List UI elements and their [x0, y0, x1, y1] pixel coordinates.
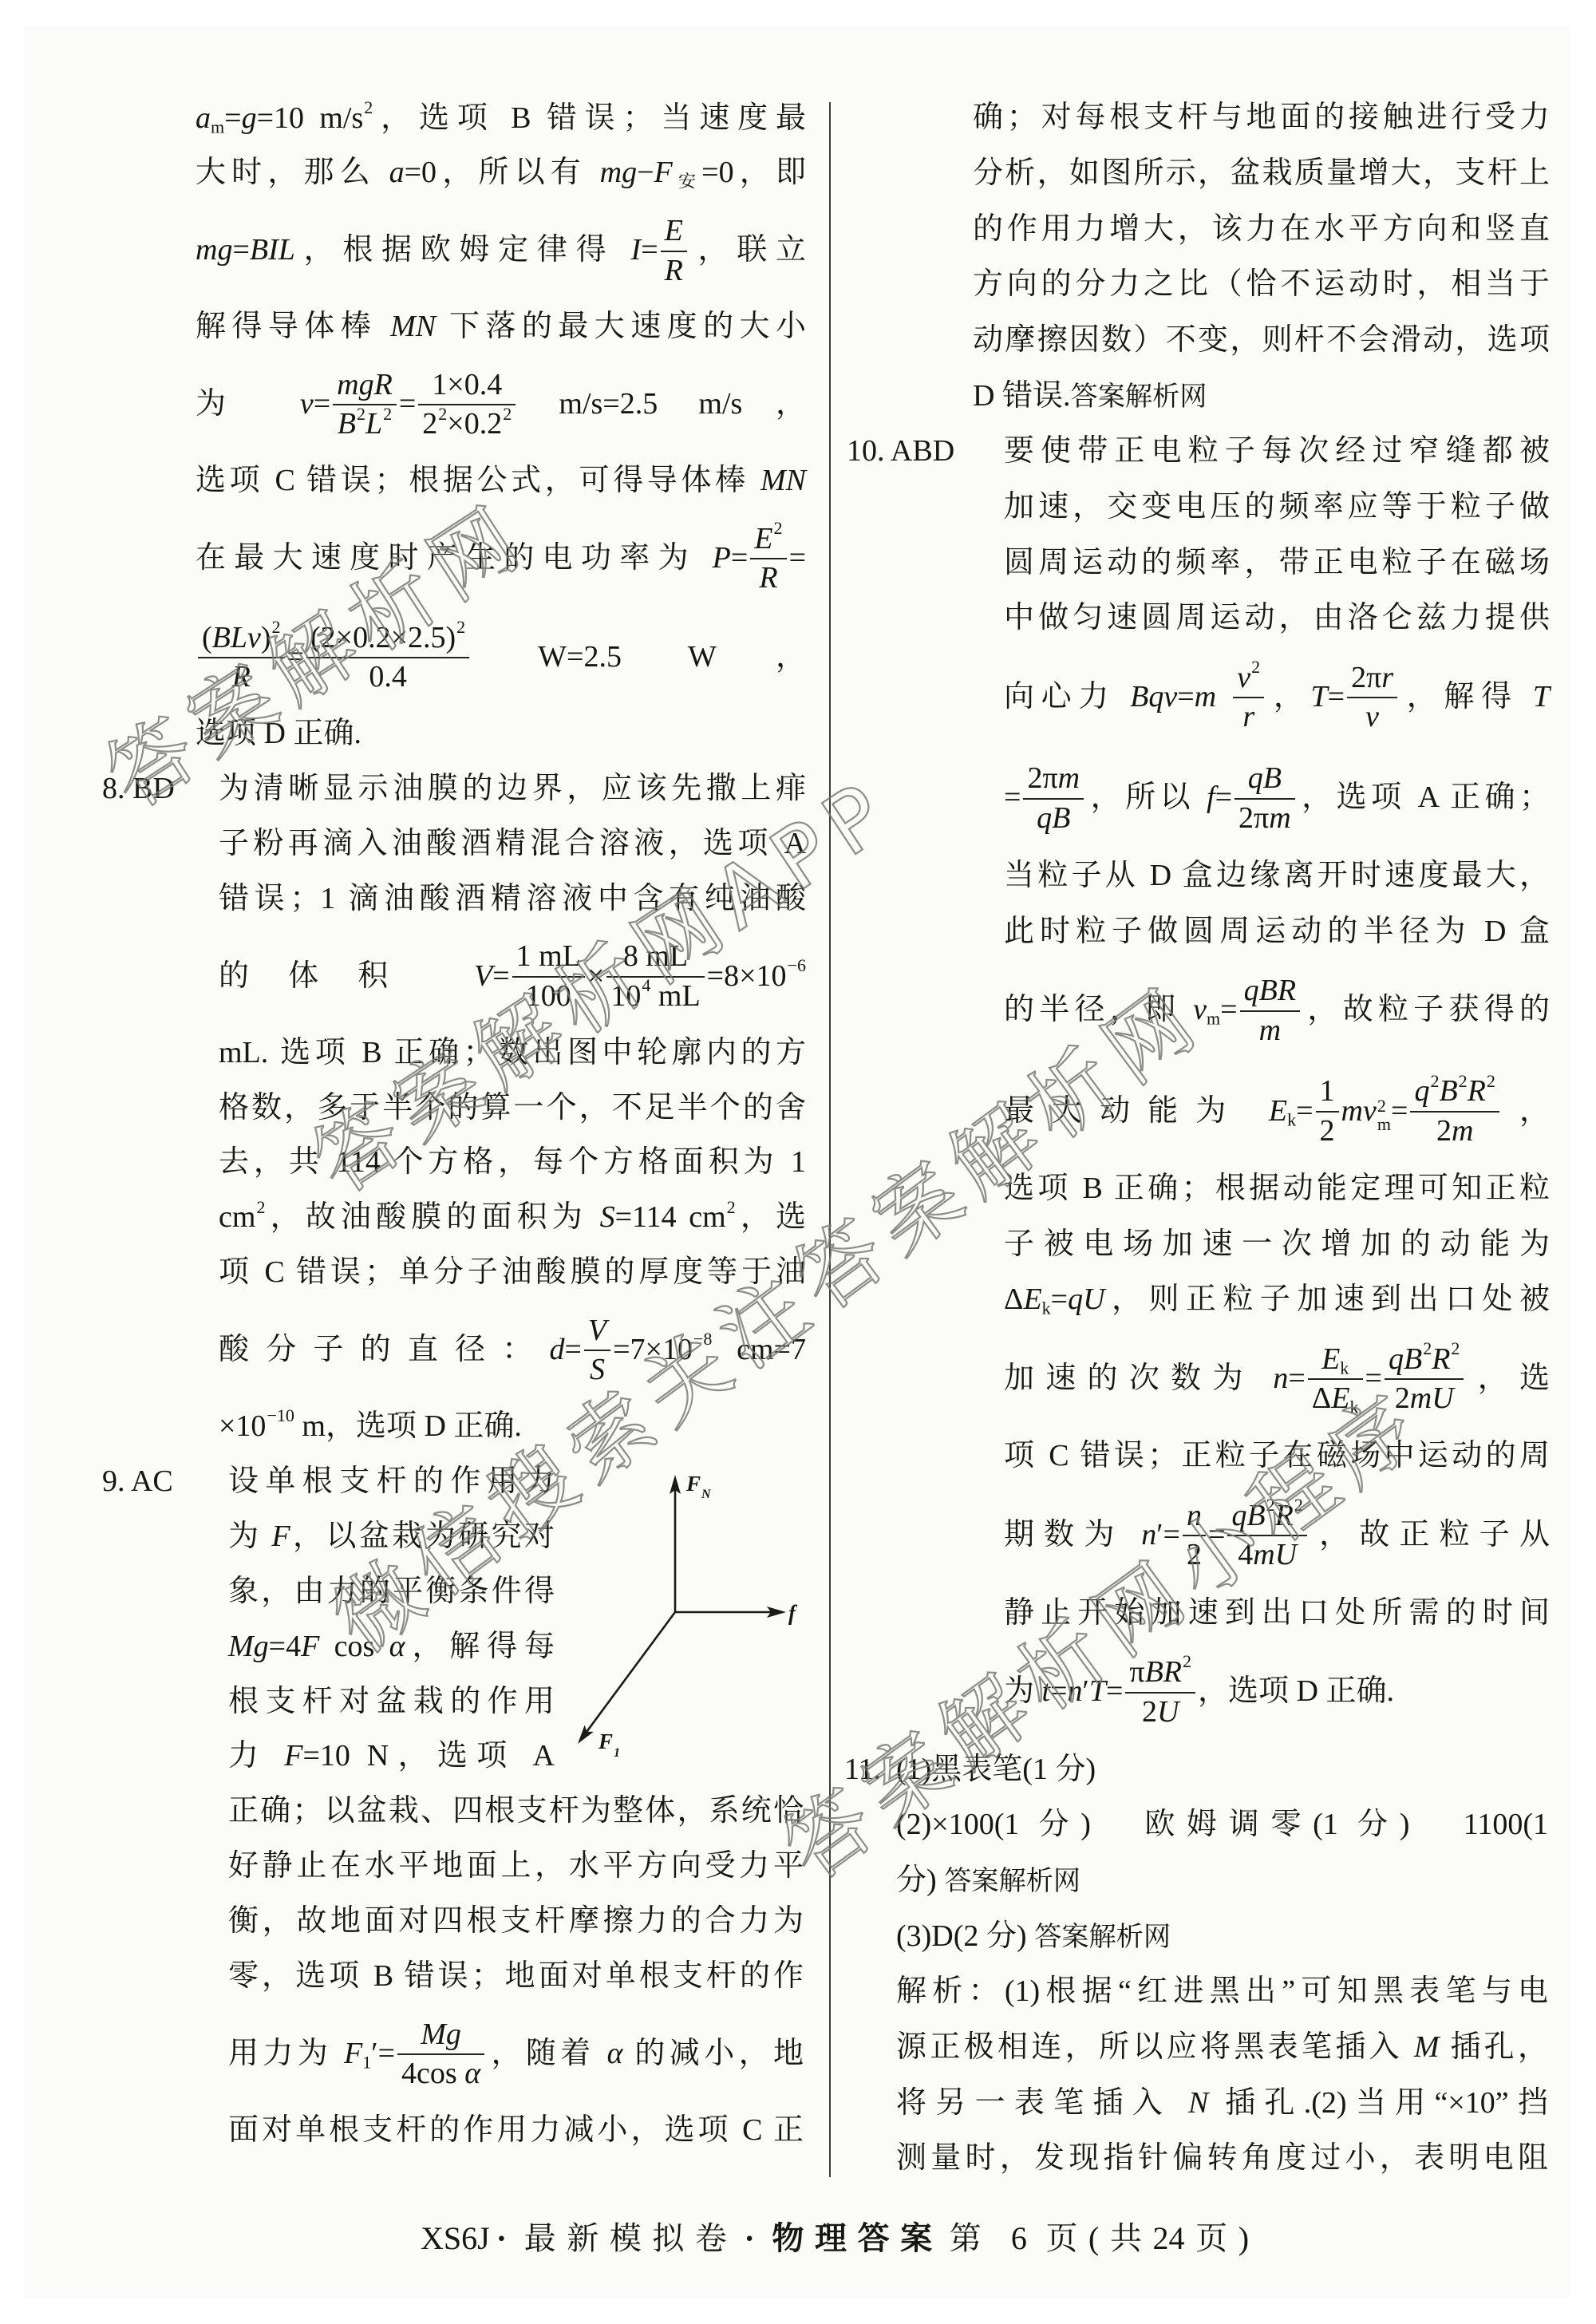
text-run: 圆周运动的频率，带正电粒子在磁场: [1004, 546, 1550, 579]
fraction-numerator: 2πr: [1347, 660, 1397, 699]
math-variable: r: [1381, 661, 1393, 694]
text-run: [1216, 680, 1231, 713]
math-variable: qBR: [1244, 974, 1296, 1007]
superscript: 2: [1377, 1097, 1391, 1115]
text-line: 向心力 Bqv=m v2r，T=2πrv，解得 T: [1004, 646, 1550, 747]
math-fraction: 2πrv: [1347, 660, 1397, 736]
superscript: 2: [1430, 1071, 1439, 1091]
text-run: =: [1208, 1518, 1225, 1551]
text-line: 的作用力增大，该力在水平方向和竖直: [973, 202, 1550, 258]
text-run: 确；对每根支杆与地面的接触进行受力: [973, 101, 1550, 134]
subscript: k: [1042, 1298, 1051, 1318]
math-variable: m: [1269, 801, 1290, 835]
fraction-denominator: r: [1233, 698, 1264, 736]
text-run: 2: [1142, 1695, 1157, 1729]
math-variable: n: [1273, 1362, 1288, 1395]
math-fraction: qB2πm: [1235, 761, 1295, 836]
text-line: 静止开始加速到出口处所需的时间: [1004, 1586, 1550, 1642]
text-run: 4: [1238, 1538, 1253, 1571]
math-variable: Bqv: [1130, 680, 1177, 713]
text-run: (1)黑表笔(1 分): [896, 1753, 1096, 1786]
math-variable: R: [1275, 1499, 1294, 1532]
fraction-denominator: v: [1347, 698, 1397, 736]
fraction-denominator: 2πm: [1235, 800, 1295, 837]
text-run: 解析：(1)根据“红进黑出”可知黑表笔与电: [896, 1974, 1548, 2008]
math-variable: E: [1321, 1342, 1340, 1376]
math-variable: qB: [1037, 801, 1070, 835]
text-run: =: [1177, 680, 1194, 713]
math-variable: n: [1187, 1499, 1202, 1532]
footer-separator: ·: [745, 2220, 755, 2256]
math-variable: E: [1023, 1283, 1041, 1316]
fraction-denominator: 2U: [1125, 1694, 1195, 1731]
fraction-numerator: qB2R2: [1227, 1498, 1306, 1537]
text-run: =: [1051, 1283, 1068, 1316]
answer-text: (1)黑表笔(1 分)(2)×100(1 分) 欧姆调零(1 分) 1100(1…: [896, 1742, 1548, 2188]
text-line: (1)黑表笔(1 分): [896, 1742, 1548, 1798]
text-run: 分): [896, 1864, 944, 1897]
math-variable: qU: [1068, 1283, 1104, 1316]
text-line: 中做匀速圆周运动，由洛仑兹力提供: [1004, 591, 1550, 646]
superscript: 2: [1459, 1071, 1468, 1091]
math-fraction: qB2R24mU: [1227, 1498, 1306, 1574]
fraction-denominator: 2: [1183, 1536, 1206, 1574]
math-variable: qB: [1231, 1499, 1265, 1532]
subscript: k: [1340, 1358, 1349, 1377]
text-run: 子被电场加速一次增加的动能为: [1004, 1227, 1550, 1261]
fraction-numerator: qBR: [1240, 973, 1300, 1012]
text-run: 加速的次数为: [1004, 1362, 1273, 1395]
right-column: 确；对每根支杆与地面的接触进行受力分析，如图所示，盆栽质量增大，支杆上的作用力增…: [0, 90, 1596, 2187]
text-line: 为 t=n′T=πBR22U，选项 D 正确.: [1004, 1641, 1550, 1741]
text-run: ，: [1266, 680, 1310, 713]
text-run: 项 C 错误；正粒子在磁场中运动的周: [1004, 1439, 1550, 1472]
force-diagram: FN f F1: [551, 1452, 822, 1772]
text-run: Δ: [1312, 1381, 1331, 1415]
text-line: 项 C 错误；正粒子在磁场中运动的周: [1004, 1429, 1550, 1484]
text-run: ，则正粒子加速到出口处被: [1105, 1283, 1550, 1316]
answer-text: 要使带正电粒子每次经过窄缝都被加速，交变电压的频率应等于粒子做圆周运动的频率，带…: [1004, 424, 1550, 1741]
subscript: k: [1350, 1397, 1359, 1417]
text-run: 2: [1436, 1114, 1452, 1148]
math-fraction: q2B2R22m: [1410, 1073, 1499, 1149]
math-variable: T: [1533, 680, 1550, 713]
text-run: π: [1129, 1655, 1144, 1689]
answer-text: 确；对每根支杆与地面的接触进行受力分析，如图所示，盆栽质量增大，支杆上的作用力增…: [973, 90, 1550, 424]
text-line: 的半径，即 vm=qBRm，故粒子获得的: [1004, 959, 1550, 1060]
text-run: 最大动能为: [1004, 1094, 1269, 1128]
text-run: 方向的分力之比（恰不运动时，相当于: [973, 267, 1550, 301]
math-variable: v: [1237, 661, 1250, 694]
fraction-numerator: 2πm: [1023, 761, 1084, 800]
text-run: 将另一表笔插入: [896, 2086, 1188, 2120]
math-variable: R: [1432, 1342, 1450, 1376]
text-run: ，故粒子获得的: [1302, 993, 1550, 1026]
text-line: 加速的次数为 n=EkΔEk=qB2R22mU，选: [1004, 1328, 1550, 1429]
subscript: k: [1287, 1109, 1296, 1129]
page-footer: XS6J·最新模拟卷·物理答案第 6 页(共24页): [417, 2219, 1252, 2259]
text-run: =: [1220, 993, 1237, 1026]
text-run: ，选项 D 正确.: [1198, 1674, 1394, 1708]
text-line: =2πmqB，所以 f=qB2πm，选项 A 正确；: [1004, 747, 1550, 848]
math-fraction: v2r: [1233, 660, 1264, 736]
math-fraction: 2πmqB: [1023, 761, 1084, 836]
text-run: ，选: [1466, 1362, 1550, 1395]
text-run: =: [1288, 1362, 1305, 1395]
math-variable: mU: [1253, 1538, 1297, 1571]
text-run: 源正极相连，所以应将黑表笔插入: [896, 2030, 1414, 2064]
fraction-denominator: ΔEk: [1308, 1380, 1363, 1417]
text-run: 插孔，: [1439, 2030, 1548, 2064]
fraction-numerator: n: [1183, 1498, 1206, 1537]
text-run: 当粒子从 D 盒边缘离开时速度最大，: [1004, 859, 1550, 892]
text-run: 选项 B 正确；根据动能定理可知正粒: [1004, 1172, 1550, 1205]
text-line: 动摩擦因数）不变，则杆不会滑动，选项: [973, 313, 1550, 369]
math-fraction: 12: [1316, 1073, 1339, 1149]
text-run: ，选项 A 正确；: [1298, 781, 1550, 814]
text-run: 期数为: [1004, 1518, 1141, 1551]
math-variable: T: [1311, 680, 1328, 713]
math-variable: E: [1269, 1094, 1287, 1128]
math-variable: M: [1414, 2030, 1440, 2064]
math-variable: qB: [1248, 761, 1282, 795]
site-name-tag: 答案解析网: [1034, 1921, 1171, 1953]
footer-page-info: 第 6 页(共24页): [950, 2220, 1249, 2256]
fraction-numerator: πBR2: [1125, 1654, 1195, 1694]
fraction-denominator: 4mU: [1227, 1536, 1306, 1574]
superscript: 2: [1183, 1651, 1191, 1671]
text-run: Δ: [1004, 1283, 1023, 1316]
footer-code: XS6J: [421, 2220, 490, 2256]
math-variable: mU: [1410, 1381, 1454, 1415]
math-variable: f: [1207, 781, 1215, 814]
superscript: 2: [1451, 1338, 1460, 1358]
fraction-numerator: Ek: [1308, 1342, 1363, 1381]
text-run: 此时粒子做圆周运动的半径为 D 盒: [1004, 915, 1550, 948]
text-line: 最大动能为 Ek=12mv2m=q2B2R22m，: [1004, 1061, 1550, 1161]
text-run: ′: [1083, 1674, 1089, 1708]
text-line: (2)×100(1 分) 欧姆调零(1 分) 1100(1: [896, 1797, 1548, 1853]
math-fraction: πBR22U: [1125, 1654, 1195, 1730]
math-variable: t: [1042, 1674, 1051, 1708]
text-run: 静止开始加速到出口处所需的时间: [1004, 1596, 1550, 1630]
math-variable: m: [1452, 1114, 1473, 1148]
math-fraction: n2: [1183, 1498, 1206, 1574]
text-run: 2π: [1238, 801, 1269, 835]
math-variable: U: [1157, 1695, 1179, 1729]
math-variable: R: [1468, 1074, 1486, 1108]
text-run: 加速，交变电压的频率应等于粒子做: [1004, 490, 1550, 524]
text-run: =: [1296, 1094, 1313, 1128]
text-run: 中做匀速圆周运动，由洛仑兹力提供: [1004, 601, 1550, 634]
math-variable: n: [1068, 1674, 1083, 1708]
math-variable: BR: [1145, 1655, 1182, 1689]
text-line: (3)D(2 分) 答案解析网: [896, 1909, 1548, 1965]
text-run: 2: [1187, 1538, 1202, 1571]
text-line: 期数为 n′=n2=qB2R24mU，故正粒子从: [1004, 1484, 1550, 1585]
text-line: 加速，交变电压的频率应等于粒子做: [1004, 480, 1550, 536]
text-run: ，解得: [1400, 680, 1533, 713]
text-run: =: [1050, 1674, 1067, 1708]
text-line: 选项 B 正确；根据动能定理可知正粒: [1004, 1161, 1550, 1217]
math-fraction: EkΔEk: [1308, 1342, 1363, 1417]
answer-q10: 10. ABD 要使带正电粒子每次经过窄缝都被加速，交变电压的频率应等于粒子做圆…: [1004, 424, 1550, 1741]
answer-q11: 11. (1)黑表笔(1 分)(2)×100(1 分) 欧姆调零(1 分) 11…: [896, 1742, 1548, 2188]
question-number: 10. ABD: [847, 424, 954, 480]
superscript: 2: [1294, 1495, 1303, 1515]
fraction-denominator: qB: [1023, 800, 1084, 837]
footer-separator: ·: [496, 2220, 507, 2256]
text-run: 的作用力增大，该力在水平方向和竖直: [973, 212, 1550, 246]
text-line: 要使带正电粒子每次经过窄缝都被: [1004, 424, 1550, 480]
text-run: =: [1106, 1674, 1123, 1708]
friction-label: f: [788, 1601, 798, 1625]
text-run: =: [1365, 1362, 1382, 1395]
text-run: ′=: [1156, 1518, 1180, 1551]
superscript: 2: [1487, 1071, 1495, 1091]
arrowhead-down-left-icon: [578, 1725, 594, 1745]
text-line: 子被电场加速一次增加的动能为: [1004, 1217, 1550, 1273]
text-line: ΔEk=qU，则正粒子加速到出口处被: [1004, 1272, 1550, 1328]
fraction-numerator: 1: [1316, 1073, 1339, 1113]
text-run: 2π: [1351, 661, 1381, 694]
math-fraction: qB2R22mU: [1385, 1342, 1464, 1417]
text-run: ，所以: [1086, 781, 1207, 814]
text-run: 1: [1320, 1074, 1335, 1108]
math-variable: N: [1188, 2086, 1208, 2120]
site-name-tag: 答案解析网: [1070, 381, 1207, 413]
text-run: ，故正粒子从: [1310, 1518, 1550, 1551]
text-run: 向心力: [1004, 680, 1130, 713]
text-run: 分析，如图所示，盆栽质量增大，支杆上: [973, 156, 1550, 190]
text-run: 2π: [1027, 761, 1057, 795]
text-run: 2: [1320, 1114, 1335, 1148]
text-run: D 错误.: [973, 379, 1070, 413]
fraction-denominator: m: [1240, 1012, 1300, 1049]
text-line: 分) 答案解析网: [896, 1853, 1548, 1909]
text-run: =: [1391, 1094, 1408, 1128]
text-run: (2)×100(1 分) 欧姆调零(1 分) 1100(1: [896, 1808, 1548, 1841]
superscript: 2: [1423, 1338, 1432, 1358]
math-variable: m: [1259, 1014, 1281, 1047]
math-variable: v: [1365, 700, 1379, 733]
superscript: 2: [1266, 1495, 1275, 1515]
text-run: 2: [1395, 1381, 1410, 1415]
math-variable: qB: [1389, 1342, 1422, 1376]
text-run: (3)D(2 分): [896, 1919, 1034, 1953]
normal-force-label: FN: [685, 1472, 712, 1501]
footer-subject: 物理答案: [761, 2220, 943, 2256]
text-line: 方向的分力之比（恰不运动时，相当于: [973, 257, 1550, 313]
text-run: =: [1215, 781, 1232, 814]
math-variable: n: [1141, 1518, 1156, 1551]
math-variable: E: [1331, 1381, 1349, 1415]
text-line: 确；对每根支杆与地面的接触进行受力: [973, 90, 1550, 146]
text-line: 当粒子从 D 盒边缘离开时速度最大，: [1004, 848, 1550, 904]
math-variable: m: [1195, 680, 1216, 713]
superscript: 2: [1251, 657, 1260, 677]
text-line: 分析，如图所示，盆栽质量增大，支杆上: [973, 146, 1550, 202]
text-run: =: [1004, 781, 1021, 814]
fraction-numerator: qB: [1235, 761, 1295, 800]
fraction-numerator: v2: [1233, 660, 1264, 699]
answer-q9-continuation: 确；对每根支杆与地面的接触进行受力分析，如图所示，盆栽质量增大，支杆上的作用力增…: [973, 90, 1550, 424]
text-run: 动摩擦因数）不变，则杆不会滑动，选项: [973, 323, 1550, 357]
math-variable: q: [1414, 1074, 1429, 1108]
fraction-denominator: 2: [1316, 1113, 1339, 1150]
text-line: 解析：(1)根据“红进黑出”可知黑表笔与电: [896, 1964, 1548, 2020]
text-run: =: [1328, 680, 1345, 713]
text-run: 为: [1004, 1674, 1042, 1708]
math-variable: mv: [1341, 1094, 1377, 1128]
text-run: ，: [1502, 1094, 1550, 1128]
fraction-denominator: 2mU: [1385, 1380, 1464, 1417]
math-variable: m: [1058, 761, 1080, 795]
fraction-denominator: 2m: [1410, 1113, 1499, 1150]
rod-force-arrow: [587, 1612, 675, 1732]
math-variable: v: [1193, 993, 1207, 1026]
question-number: 11.: [844, 1742, 881, 1798]
text-run: 要使带正电粒子每次经过窄缝都被: [1004, 434, 1550, 468]
fraction-numerator: qB2R2: [1385, 1342, 1464, 1381]
text-run: 的半径，即: [1004, 993, 1193, 1026]
text-run: 插孔.(2)当用“×10”挡: [1208, 2086, 1548, 2120]
footer-series: 最新模拟卷: [513, 2220, 737, 2256]
text-line: D 错误.答案解析网: [973, 369, 1550, 425]
math-variable: r: [1242, 700, 1254, 733]
text-line: 圆周运动的频率，带正电粒子在磁场: [1004, 536, 1550, 591]
fraction-numerator: q2B2R2: [1410, 1073, 1499, 1113]
subscript: m: [1207, 1009, 1220, 1029]
site-name-tag: 答案解析网: [944, 1865, 1080, 1897]
rod-force-label: F1: [598, 1729, 620, 1760]
subscript: m: [1377, 1115, 1391, 1133]
sub-superscript: 2m: [1377, 1097, 1391, 1133]
text-line: 此时粒子做圆周运动的半径为 D 盒: [1004, 904, 1550, 960]
math-fraction: qBRm: [1240, 973, 1300, 1049]
text-line: 将另一表笔插入 N 插孔.(2)当用“×10”挡: [896, 2076, 1548, 2132]
math-variable: B: [1439, 1074, 1457, 1108]
math-variable: T: [1089, 1674, 1106, 1708]
text-run: 测量时，发现指针偏转角度过小，表明电阻: [896, 2141, 1548, 2175]
text-line: 源正极相连，所以应将黑表笔插入 M 插孔，: [896, 2020, 1548, 2076]
text-line: 测量时，发现指针偏转角度过小，表明电阻: [896, 2131, 1548, 2187]
